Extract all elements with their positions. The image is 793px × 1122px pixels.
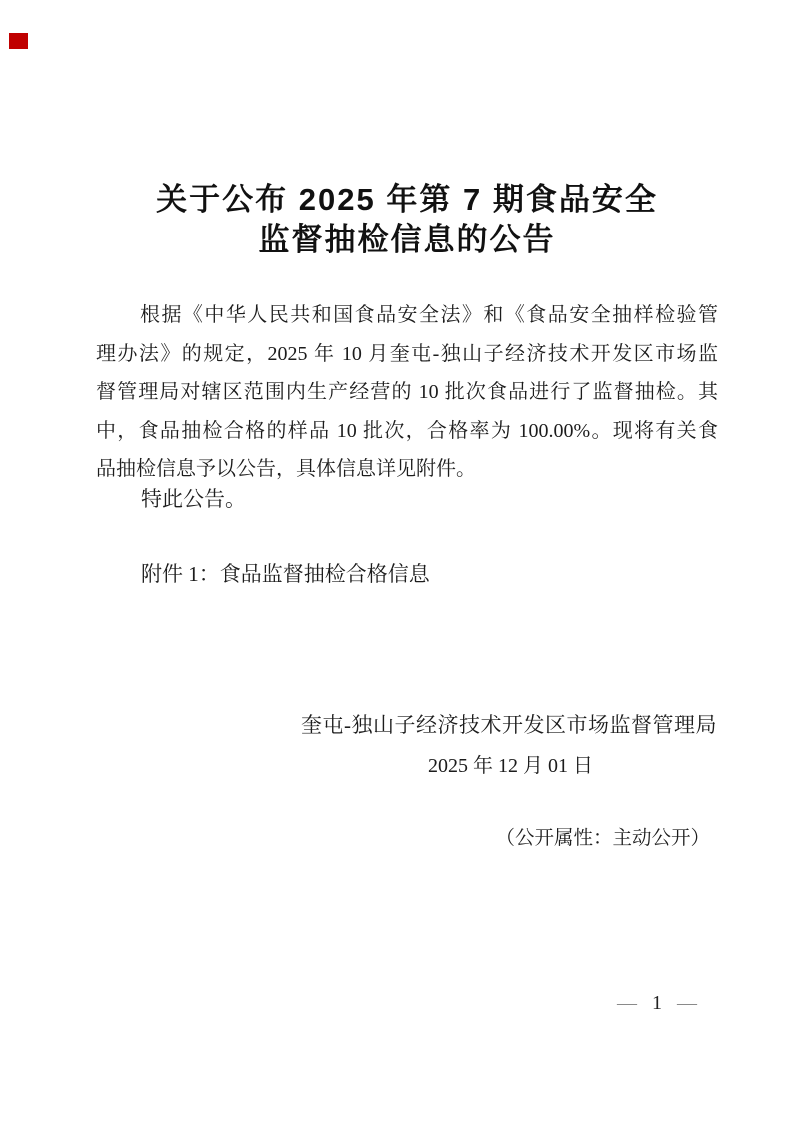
document-page: 关于公布 2025 年第 7 期食品安全 监督抽检信息的公告 根据《中华人民共和… [0, 0, 793, 1122]
red-stamp-mark [9, 33, 28, 49]
title-line-2: 监督抽检信息的公告 [97, 220, 717, 260]
attachment-line: 附件 1：食品监督抽检合格信息 [141, 559, 430, 589]
page-number-value: 1 [652, 992, 662, 1014]
paragraph-line-5: 品抽检信息予以公告，具体信息详见附件。 [96, 450, 718, 489]
closing-statement: 特此公告。 [141, 484, 246, 514]
title-line-1: 关于公布 2025 年第 7 期食品安全 [97, 180, 717, 220]
page-number: — 1 — [617, 991, 697, 1015]
paragraph-line-4: 中，食品抽检合格的样品 10 批次，合格率为 100.00%。现将有关食 [96, 412, 718, 451]
issue-date: 2025 年 12 月 01 日 [428, 751, 593, 781]
page-number-right-dash: — [677, 992, 697, 1014]
body-paragraph: 根据《中华人民共和国食品安全法》和《食品安全抽样检验管 理办法》的规定，2025… [96, 296, 718, 489]
paragraph-line-2: 理办法》的规定，2025 年 10 月奎屯-独山子经济技术开发区市场监 [96, 335, 718, 374]
disclosure-attribute: （公开属性：主动公开） [495, 824, 710, 854]
issuing-authority: 奎屯-独山子经济技术开发区市场监督管理局 [301, 710, 717, 740]
page-number-left-dash: — [617, 992, 637, 1014]
paragraph-line-1: 根据《中华人民共和国食品安全法》和《食品安全抽样检验管 [96, 296, 718, 335]
paragraph-line-3: 督管理局对辖区范围内生产经营的 10 批次食品进行了监督抽检。其 [96, 373, 718, 412]
document-title: 关于公布 2025 年第 7 期食品安全 监督抽检信息的公告 [97, 180, 717, 260]
